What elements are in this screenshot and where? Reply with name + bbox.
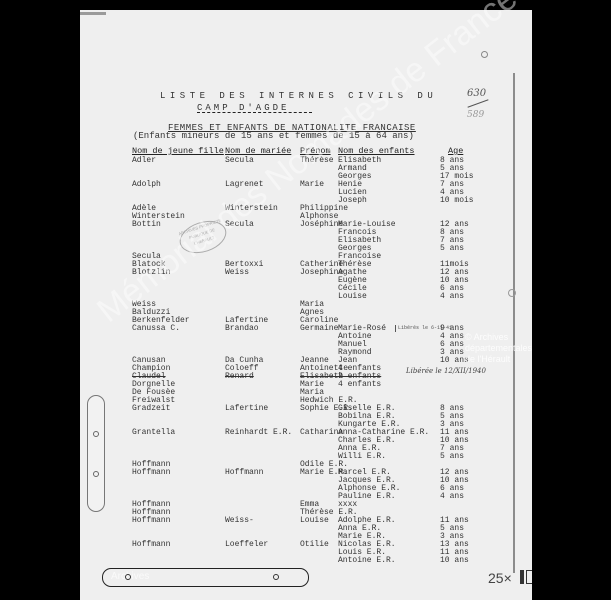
cell-mar: Weiss (225, 269, 249, 277)
cell-jf: Hoffmann (132, 517, 170, 525)
copyright-notice: © Archives départementales de l'Hérault (465, 332, 532, 365)
cell-age: 10 ans (440, 557, 469, 565)
cell-pre: Catharina (300, 429, 343, 437)
folio-number-bottom: 589 (467, 110, 484, 120)
column-header-maiden-name: Nom de jeune fille (132, 146, 224, 156)
cell-jf: Adler (132, 157, 156, 165)
column-header-children: Nom des enfants (338, 146, 415, 156)
cell-enf: Louise (338, 293, 367, 301)
cell-mar: Renard (225, 373, 254, 381)
cell-mar: Brandao (225, 325, 259, 333)
cell-age: 4 ans (440, 493, 464, 501)
cell-mar: Lafertine (225, 405, 268, 413)
cell-jf: Adolph (132, 181, 161, 189)
cell-age: 5 ans (440, 245, 464, 253)
handwritten-note: Libérée le 12/XII/1940 (406, 367, 486, 375)
cell-pre: Otilie (300, 541, 329, 549)
cell-mar: Secula (225, 157, 254, 165)
zoom-slider-icon[interactable] (520, 570, 524, 584)
document-title: LISTE DES INTERNES CIVILS DU (160, 91, 437, 101)
image-scrollbar[interactable]: Archives (102, 568, 309, 587)
cell-mar: Reinhardt E.R. (225, 429, 292, 437)
punch-hole-top (481, 51, 488, 58)
scroll-handle-icon[interactable] (125, 574, 131, 580)
scroll-handle-icon[interactable] (273, 574, 279, 580)
tab-marker (80, 12, 106, 15)
cell-mar: Winterstein (225, 205, 278, 213)
clip-hole-icon (93, 471, 99, 477)
cell-mar: Lagrenet (225, 181, 263, 189)
cell-pre: Louise (300, 517, 329, 525)
fit-page-icon[interactable] (526, 570, 532, 584)
cell-jf: Blotzlin (132, 269, 170, 277)
cell-mar: Loeffeler (225, 541, 268, 549)
document-subtitle-note: (Enfants mineurs de 15 ans et femmes de … (133, 131, 414, 141)
clip-hole-icon (93, 431, 99, 437)
column-header-age: Age (448, 146, 463, 156)
column-header-married-name: Nom de mariée (225, 146, 291, 156)
zoom-level[interactable]: 25× (488, 570, 512, 586)
cell-enf: Antoine E.R. (338, 557, 396, 565)
cell-age: 10 mois (440, 197, 474, 205)
folio-number-top: 630 (467, 88, 486, 99)
cell-enf: 4 enfants (338, 381, 381, 389)
cell-jf: Hoffmann (132, 541, 170, 549)
cell-age: 5 ans (440, 453, 464, 461)
cell-jf: Gradzeit (132, 405, 170, 413)
cell-pre: Germaine (300, 325, 338, 333)
cell-mar: Secula (225, 221, 254, 229)
cell-pre: Thérèse (300, 157, 334, 165)
punch-hole-right (508, 289, 516, 297)
cell-mar: Hoffmann (225, 469, 263, 477)
cell-jf: Grantella (132, 429, 175, 437)
title-divider (197, 112, 312, 113)
cell-jf: Hoffmann (132, 469, 170, 477)
column-header-first-name: Prénom (300, 146, 331, 156)
cell-jf: Bottin (132, 221, 161, 229)
bracket-annotation: Libérés le 6-11-41 (395, 325, 452, 332)
cell-pre: Joséphine (300, 221, 343, 229)
binder-clip-left (87, 395, 105, 512)
cell-pre: Josephine (300, 269, 343, 277)
cell-mar: Weiss- (225, 517, 254, 525)
cell-jf: Canussa C. (132, 325, 180, 333)
cell-age: 4 ans (440, 293, 464, 301)
cell-pre: Marie (300, 181, 324, 189)
